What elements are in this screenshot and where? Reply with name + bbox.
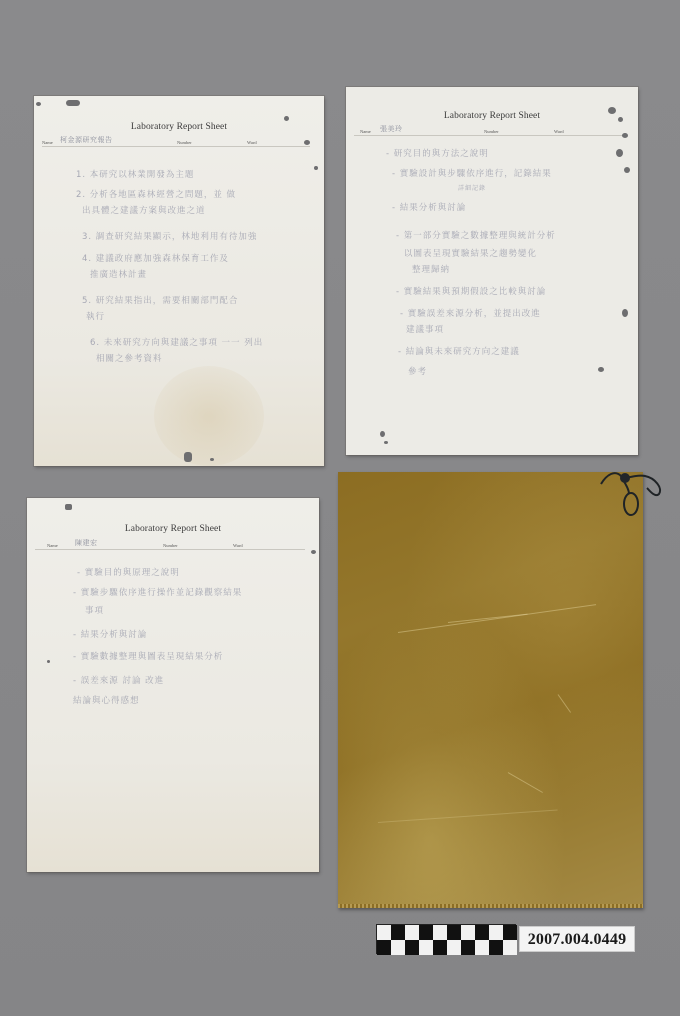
handwritten-line: 事項 — [85, 604, 104, 616]
damage-spot — [624, 167, 630, 173]
damage-spot — [608, 107, 616, 114]
name-value: 張美玲 — [380, 124, 403, 134]
ward-label: Ward — [233, 543, 243, 548]
handwritten-line: - 實驗步驟依序進行操作並記錄觀察結果 — [73, 586, 242, 598]
handwritten-line: 5. 研究結果指出，需要相關部門配合 — [82, 294, 238, 306]
handwritten-line: 詳細記錄 — [458, 183, 486, 192]
sheet-header-fields: Name 張美玲 Number Ward — [354, 125, 624, 136]
handwritten-line: - 實驗設計與步驟依序進行，記錄結果 — [392, 167, 552, 179]
gold-plastic-folder — [338, 472, 643, 908]
name-label: Name — [42, 140, 53, 145]
damage-spot — [598, 367, 604, 372]
sheet-header-fields: Name 陳建宏 Number Ward — [35, 539, 305, 550]
handwritten-line: - 第一部分實驗之數據整理與統計分析 — [396, 229, 556, 241]
handwritten-line: 2. 分析各地區森林經營之問題，並 做 — [76, 188, 236, 200]
handwritten-line: - 研究目的與方法之說明 — [386, 147, 489, 159]
damage-spot — [616, 149, 623, 157]
name-label: Name — [360, 129, 371, 134]
scratch-mark — [398, 604, 596, 633]
damage-spot — [622, 309, 628, 317]
scratch-mark — [508, 772, 543, 793]
handwritten-line: - 結論與未來研究方向之建議 — [398, 345, 520, 357]
string-tie-icon — [593, 466, 668, 526]
damage-spot — [47, 660, 50, 663]
catalog-label: 2007.004.0449 — [376, 924, 636, 954]
scratch-mark — [448, 614, 528, 623]
sheet-title: Laboratory Report Sheet — [346, 111, 638, 121]
sheet-title: Laboratory Report Sheet — [34, 122, 324, 132]
handwritten-line: - 誤差來源 討論 改進 — [73, 674, 164, 686]
handwritten-line: - 實驗目的與原理之說明 — [77, 566, 180, 578]
ward-label: Ward — [554, 129, 564, 134]
scratch-mark — [378, 809, 558, 823]
damage-spot — [314, 166, 318, 170]
damage-spot — [184, 452, 192, 462]
damage-spot — [66, 100, 80, 106]
handwritten-line: - 結果分析與討論 — [392, 201, 466, 213]
damage-spot — [622, 133, 628, 138]
number-label: Number — [177, 140, 192, 145]
damage-spot — [618, 117, 623, 122]
lab-report-sheet-bottom-left: Laboratory Report Sheet Name 陳建宏 Number … — [27, 498, 319, 872]
lab-report-sheet-top-left: Laboratory Report Sheet Name 柯金源研究報告 Num… — [34, 96, 324, 466]
handwritten-line: - 實驗數據整理與圖表呈現結果分析 — [73, 650, 223, 662]
catalog-number: 2007.004.0449 — [519, 926, 635, 952]
sheet-header-fields: Name 柯金源研究報告 Number Ward — [42, 136, 310, 147]
handwritten-line: 參考 — [408, 365, 427, 377]
handwritten-line: 3. 調查研究結果顯示，林地利用有待加強 — [82, 230, 257, 242]
handwritten-line: 1. 本研究以林業開發為主題 — [76, 168, 194, 180]
damage-spot — [65, 504, 72, 510]
handwritten-line: 出具體之建議方案與改進之道 — [82, 204, 206, 216]
handwritten-line: 結論與心得感想 — [73, 694, 140, 706]
scratch-mark — [558, 694, 571, 713]
damage-spot — [384, 441, 388, 444]
handwritten-line: - 實驗誤差來源分析，並提出改進 — [400, 307, 541, 319]
damage-spot — [304, 140, 310, 145]
name-label: Name — [47, 543, 58, 548]
damage-spot — [311, 550, 316, 554]
sheet-title: Laboratory Report Sheet — [27, 524, 319, 534]
number-label: Number — [163, 543, 178, 548]
handwritten-line: 建議事項 — [406, 323, 444, 335]
handwritten-line: 整理歸納 — [412, 263, 450, 275]
damage-spot — [284, 116, 289, 121]
lab-report-sheet-top-right: Laboratory Report Sheet Name 張美玲 Number … — [346, 87, 638, 455]
handwritten-line: 執行 — [86, 310, 105, 322]
damage-spot — [36, 102, 41, 106]
stain — [154, 366, 264, 466]
number-label: Number — [484, 129, 499, 134]
handwritten-line: - 結果分析與討論 — [73, 628, 147, 640]
handwritten-line: 6. 未來研究方向與建議之事項 一一 列出 — [90, 336, 263, 348]
ward-label: Ward — [247, 140, 257, 145]
damage-spot — [380, 431, 385, 437]
handwritten-line: 相關之參考資料 — [96, 352, 163, 364]
name-value: 柯金源研究報告 — [60, 135, 113, 145]
handwritten-line: - 實驗結果與預期假設之比較與討論 — [396, 285, 546, 297]
handwritten-line: 推廣造林計畫 — [90, 268, 147, 280]
name-value: 陳建宏 — [75, 538, 98, 548]
damage-spot — [210, 458, 214, 461]
scale-bar — [376, 924, 516, 954]
handwritten-line: 4. 建議政府應加強森林保育工作及 — [82, 252, 229, 264]
handwritten-line: 以圖表呈現實驗結果之趨勢變化 — [404, 247, 537, 259]
